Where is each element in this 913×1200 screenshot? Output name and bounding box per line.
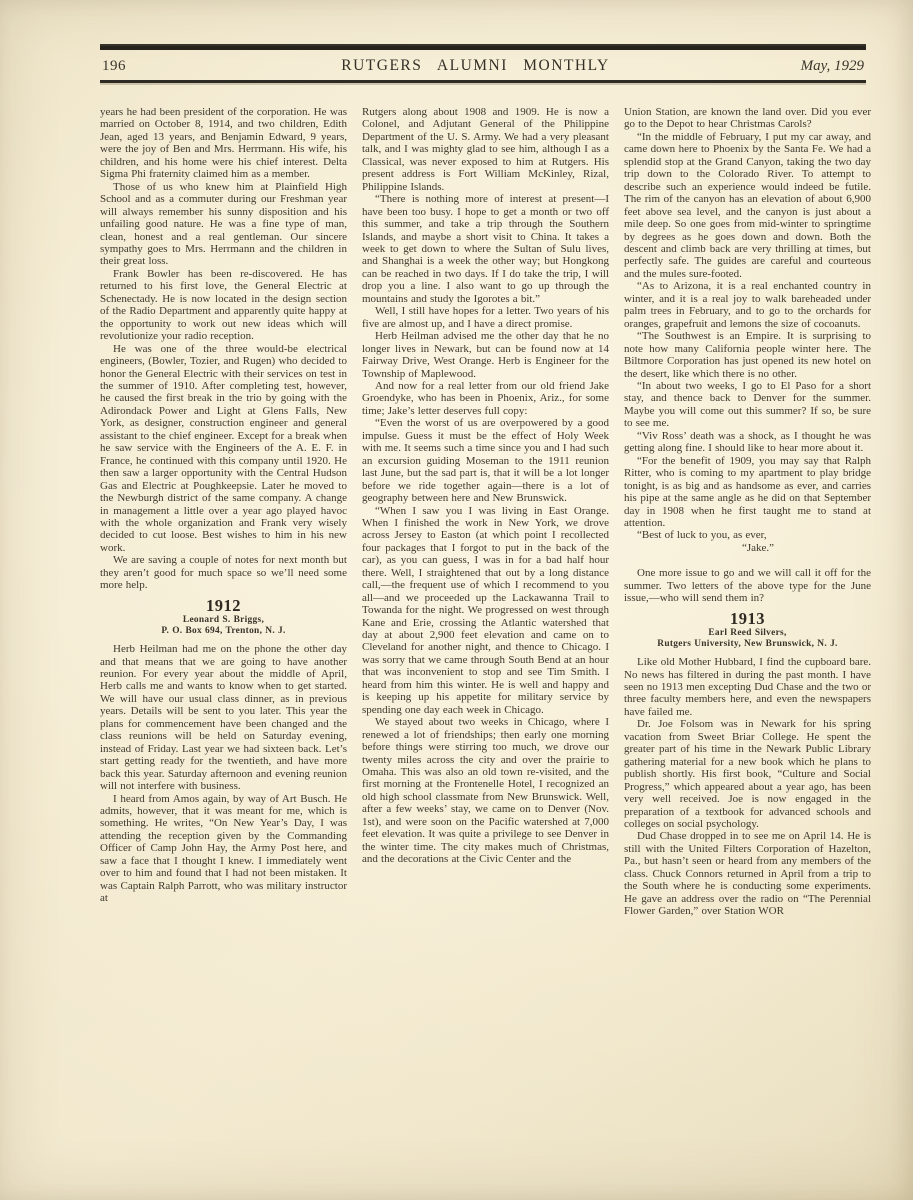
class-year-heading: 1913 (624, 613, 871, 625)
paragraph: “When I saw you I was living in East Ora… (362, 505, 609, 717)
paragraph: “Viv Ross’ death was a shock, as I thoug… (624, 430, 871, 455)
paragraph: Union Station, are known the land over. … (624, 106, 871, 131)
text-column-1: years he had been president of the corpo… (100, 106, 347, 918)
text-column-3: Union Station, are known the land over. … (624, 106, 871, 918)
paragraph: “Best of luck to you, as ever, (624, 529, 871, 541)
paragraph: We stayed about two weeks in Chicago, wh… (362, 716, 609, 865)
class-secretary-byline: Leonard S. Briggs,P. O. Box 694, Trenton… (100, 615, 347, 637)
text-columns: years he had been president of the corpo… (100, 106, 866, 918)
paragraph: Dr. Joe Folsom was in Newark for his spr… (624, 718, 871, 830)
paragraph: And now for a real letter from our old f… (362, 380, 609, 417)
header-bottom-rule (100, 80, 866, 83)
paragraph: Frank Bowler has been re-discovered. He … (100, 268, 347, 343)
paragraph: “The Southwest is an Empire. It is surpr… (624, 330, 871, 380)
paragraph: “There is nothing more of interest at pr… (362, 193, 609, 305)
text-column-2: Rutgers along about 1908 and 1909. He is… (362, 106, 609, 918)
issue-date: May, 1929 (769, 58, 864, 75)
running-header: 196 RUTGERS ALUMNI MONTHLY May, 1929 (100, 50, 866, 80)
paragraph: Herb Heilman had me on the phone the oth… (100, 643, 347, 792)
class-secretary-byline: Earl Reed Silvers,Rutgers University, Ne… (624, 628, 871, 650)
paragraph: “For the benefit of 1909, you may say th… (624, 455, 871, 530)
paragraph: I heard from Amos again, by way of Art B… (100, 793, 347, 905)
paragraph: Herb Heilman advised me the other day th… (362, 330, 609, 380)
paragraph: “Even the worst of us are overpowered by… (362, 417, 609, 504)
magazine-page: 196 RUTGERS ALUMNI MONTHLY May, 1929 yea… (0, 0, 913, 1200)
byline-line: Earl Reed Silvers, (624, 628, 871, 639)
paragraph: Those of us who knew him at Plainfield H… (100, 181, 347, 268)
byline-line: P. O. Box 694, Trenton, N. J. (100, 626, 347, 637)
page-number: 196 (102, 58, 182, 75)
paragraph: We are saving a couple of notes for next… (100, 554, 347, 591)
paragraph: Rutgers along about 1908 and 1909. He is… (362, 106, 609, 193)
paragraph: Like old Mother Hubbard, I find the cupb… (624, 656, 871, 718)
paragraph: “In about two weeks, I go to El Paso for… (624, 380, 871, 430)
paragraph: Well, I still have hopes for a letter. T… (362, 305, 609, 330)
paragraph: One more issue to go and we will call it… (624, 567, 871, 604)
byline-line: Leonard S. Briggs, (100, 615, 347, 626)
letter-signature: “Jake.” (624, 542, 871, 554)
paragraph: He was one of the three would-be electri… (100, 343, 347, 555)
paragraph: “In the middle of February, I put my car… (624, 131, 871, 280)
paragraph: “As to Arizona, it is a real enchanted c… (624, 280, 871, 330)
page-content: 196 RUTGERS ALUMNI MONTHLY May, 1929 yea… (100, 44, 866, 918)
magazine-title: RUTGERS ALUMNI MONTHLY (182, 57, 769, 75)
class-year-heading: 1912 (100, 600, 347, 612)
paragraph: Dud Chase dropped in to see me on April … (624, 830, 871, 917)
byline-line: Rutgers University, New Brunswick, N. J. (624, 639, 871, 650)
paragraph: years he had been president of the corpo… (100, 106, 347, 181)
